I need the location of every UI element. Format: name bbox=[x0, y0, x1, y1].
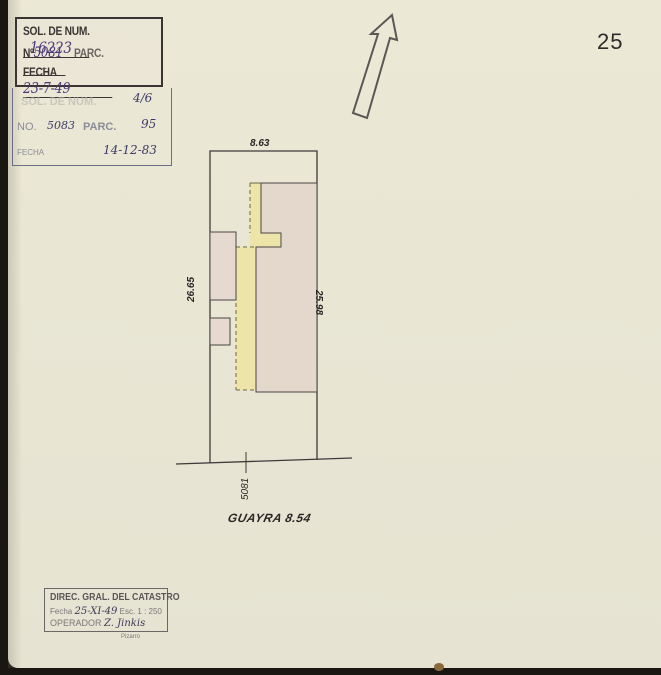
sol-label: SOL. DE NUM. bbox=[23, 24, 90, 38]
num-value: 5081 bbox=[34, 45, 63, 61]
fecha-value: 25-XI-49 bbox=[74, 606, 117, 617]
left-depth-label: 26.65 bbox=[186, 277, 197, 302]
stamp-solicitud: SOL. DE NUM. 16223 Nº5081 PARC. – FECHA … bbox=[15, 17, 163, 87]
stamp-secondary: SOL. DE NUM. 4/6 NO. 5083 PARC. 95 FECHA… bbox=[12, 88, 172, 166]
num-value: 5083 bbox=[47, 119, 75, 132]
escala-label: Esc. 1 : 250 bbox=[120, 607, 162, 616]
parc-label: PARC. bbox=[83, 121, 116, 133]
catastro-footer: Pizarro bbox=[121, 634, 140, 640]
fecha-label: FECHA bbox=[23, 65, 56, 79]
paper-stain bbox=[434, 663, 444, 671]
street-name-label: GUAYRA 8.54 bbox=[227, 511, 313, 525]
left-room-upper bbox=[210, 232, 236, 300]
operador-value: Z. Jinkis bbox=[104, 618, 145, 629]
sol-label-faded: SOL. DE NUM. bbox=[21, 96, 96, 108]
page-number: 25 bbox=[597, 29, 623, 55]
fecha-value: 14-12-83 bbox=[103, 143, 157, 157]
plot-plan-drawing bbox=[170, 135, 370, 485]
front-width-label: 8.63 bbox=[250, 138, 269, 149]
fecha-label: Fecha bbox=[50, 607, 72, 616]
parc-value: 95 bbox=[141, 117, 156, 131]
operador-label: OPERADOR bbox=[50, 618, 102, 628]
left-room-lower bbox=[210, 318, 230, 345]
north-arrow-icon bbox=[345, 10, 405, 125]
stamp-catastro: DIREC. GRAL. DEL CATASTRO Fecha 25-XI-49… bbox=[44, 588, 168, 632]
num-label: Nº bbox=[23, 46, 34, 60]
parc-label: PARC. bbox=[74, 46, 104, 60]
door-number-label: 5081 bbox=[240, 478, 251, 500]
catastro-title: DIREC. GRAL. DEL CATASTRO bbox=[50, 592, 180, 603]
fecha-label: FECHA bbox=[17, 148, 44, 157]
main-building bbox=[256, 183, 317, 392]
num-label: NO. bbox=[17, 121, 37, 133]
right-depth-label: 25.98 bbox=[313, 290, 324, 315]
sol-value: 4/6 bbox=[133, 91, 152, 105]
street-line bbox=[176, 458, 352, 464]
